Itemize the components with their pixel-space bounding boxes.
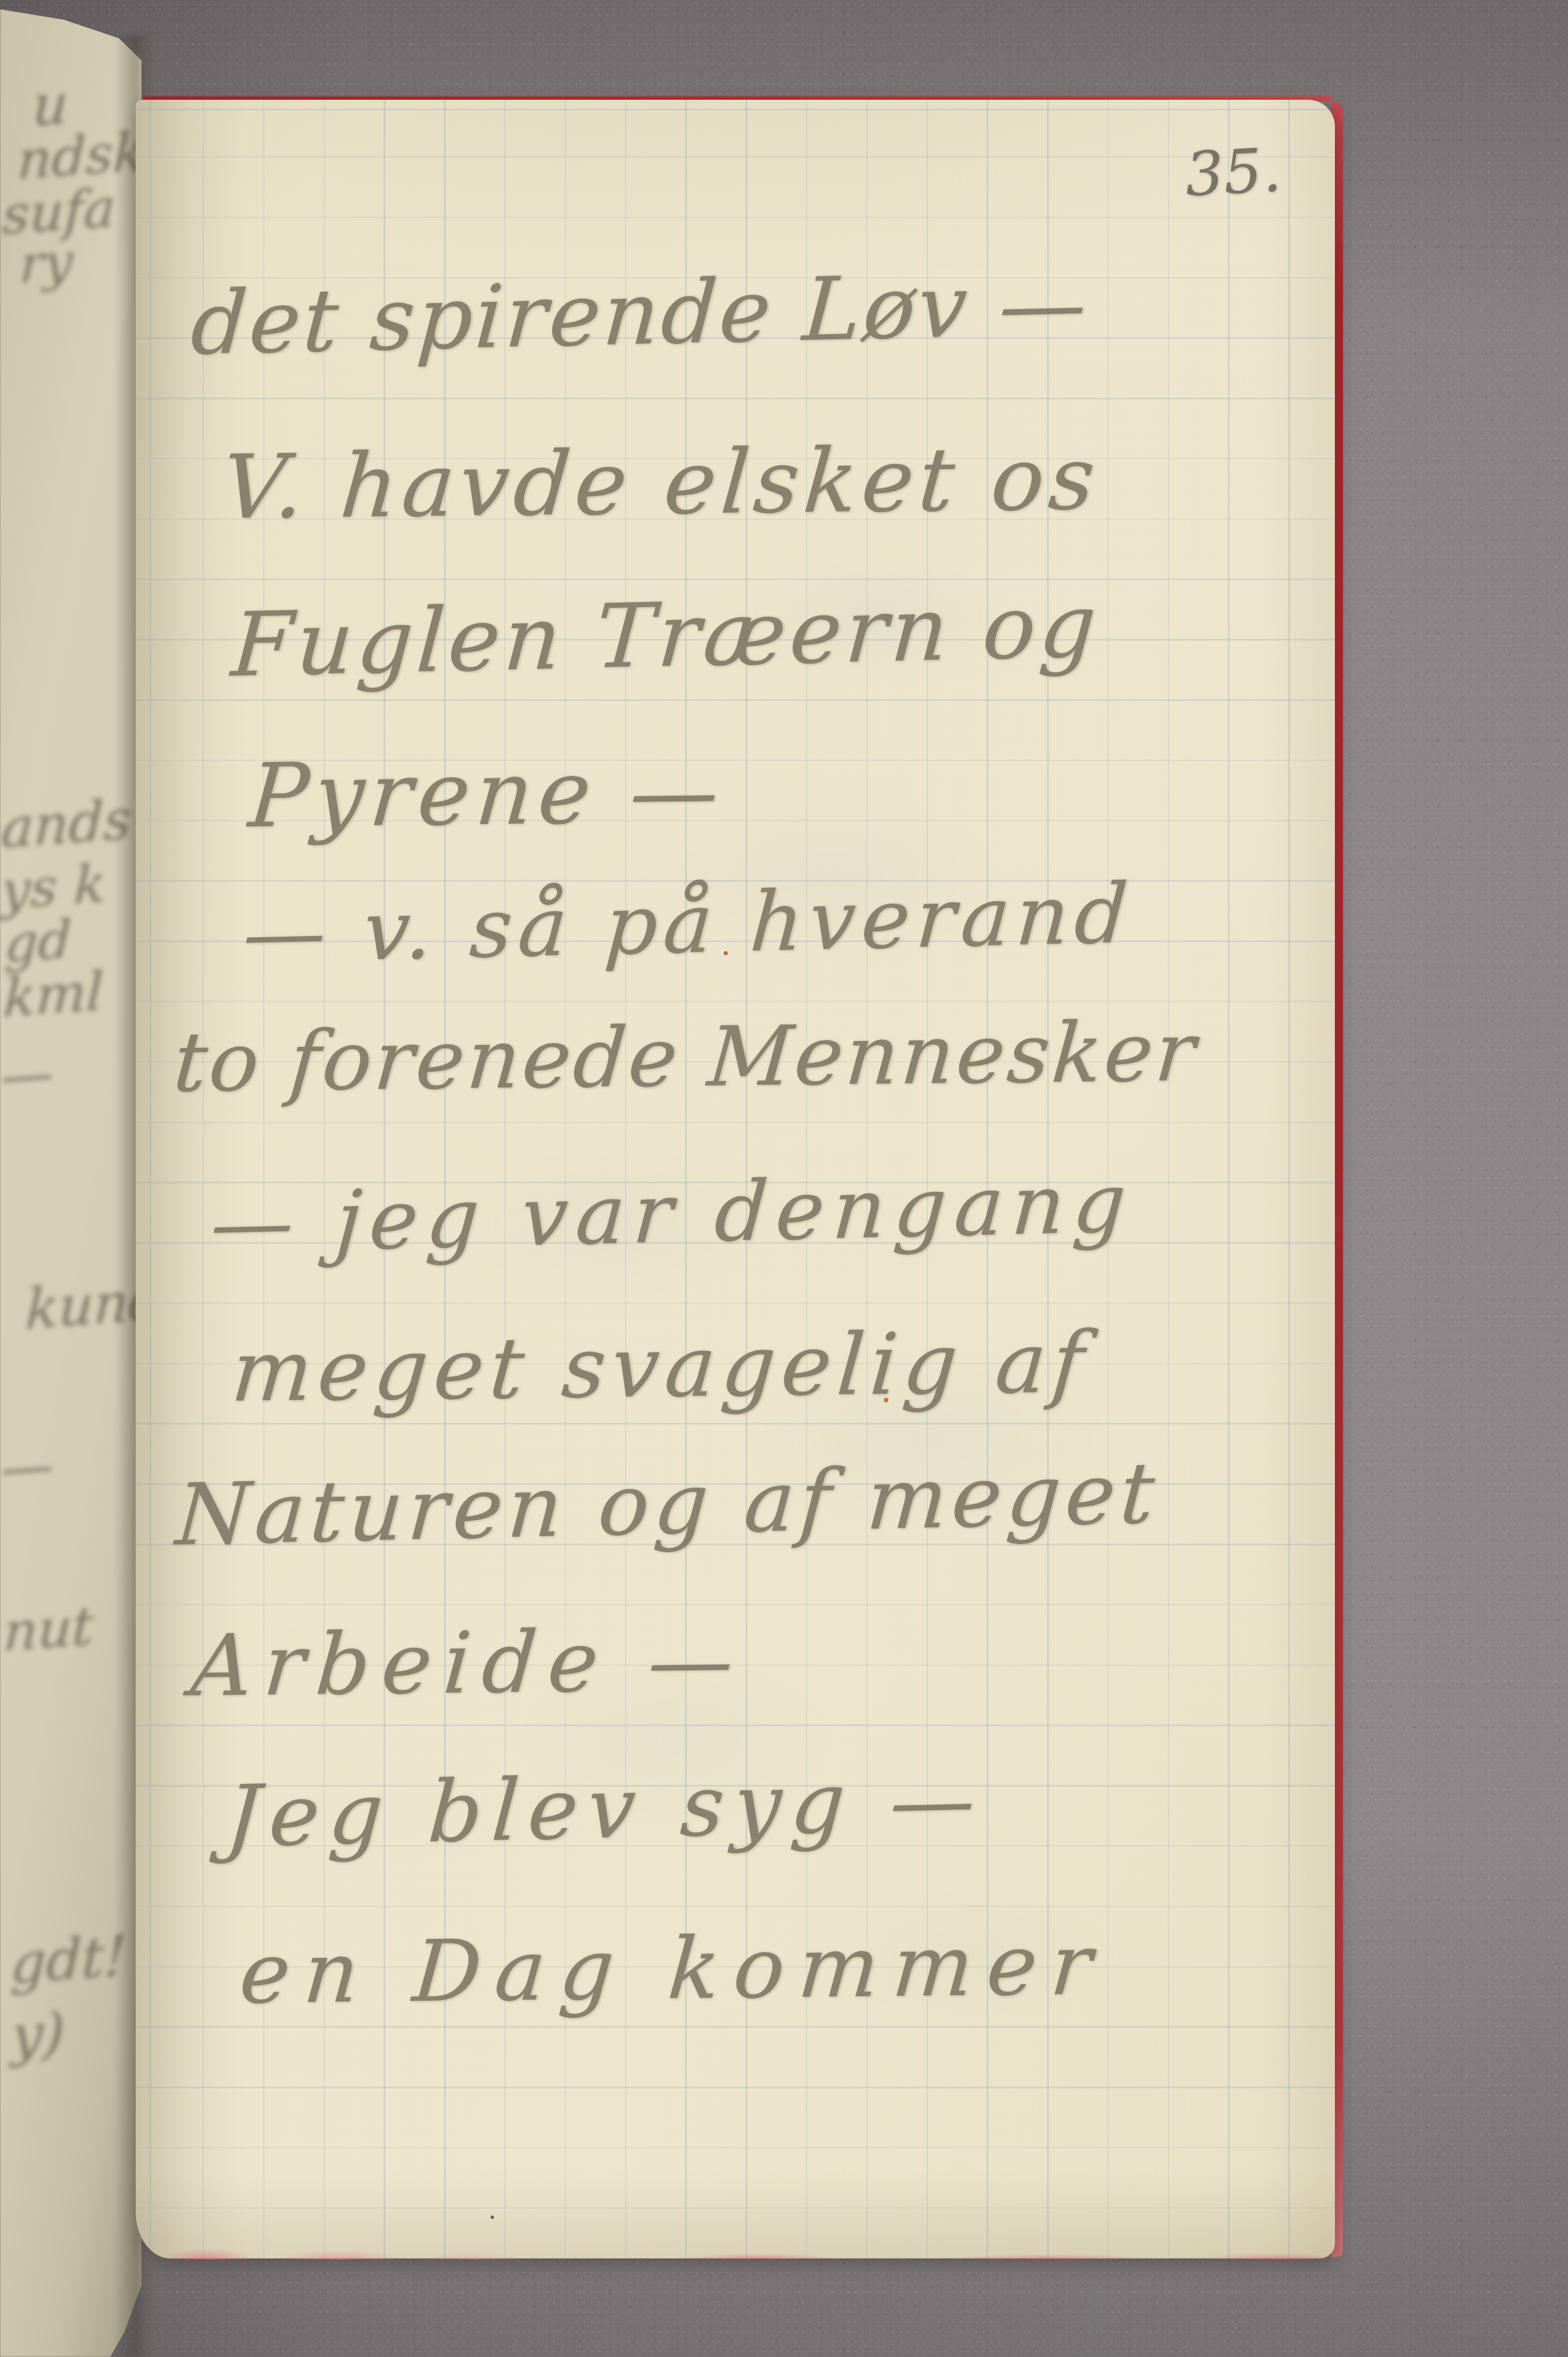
notebook-page: 35. det spirende Løv — V. havde elsket o… xyxy=(136,100,1335,2258)
handwriting-line: Jeg blev syg — xyxy=(223,1750,987,1866)
previous-page-writing-fragment: — xyxy=(0,1042,54,1107)
previous-page-writing-fragment: ry xyxy=(19,231,74,295)
handwriting-line: Pyrene — xyxy=(245,739,728,847)
red-edge-smear xyxy=(136,2234,1335,2260)
handwriting-line: to forenede Mennesker xyxy=(170,1004,1201,1111)
previous-page-writing-fragment: ands xyxy=(0,789,132,861)
previous-page-writing-fragment: nut xyxy=(2,1595,95,1663)
handwriting-line: Fuglen Træern og xyxy=(228,574,1102,697)
handwriting-line: Arbeide — xyxy=(187,1611,748,1716)
previous-page-writing-fragment: kml xyxy=(2,960,104,1030)
notebook-photo: u ndsk sufa ry ands ys k gd kml — kund —… xyxy=(0,0,1568,2357)
previous-page-writing-fragment: — xyxy=(0,1434,54,1499)
paper-speck xyxy=(491,2215,494,2219)
handwriting-line: det spirende Løv — xyxy=(188,253,1091,375)
page-number: 35. xyxy=(1184,135,1283,210)
previous-page-writing-fragment: y) xyxy=(10,2000,66,2069)
handwriting-line: en Dag kommer xyxy=(236,1915,1109,2023)
handwriting-line: — v. så på hverand xyxy=(241,866,1137,982)
handwriting-line: meget svagelig af xyxy=(228,1313,1092,1421)
handwriting-line: V. havde elsket os xyxy=(219,427,1103,539)
previous-page-writing-fragment: gdt! xyxy=(9,1924,128,1997)
